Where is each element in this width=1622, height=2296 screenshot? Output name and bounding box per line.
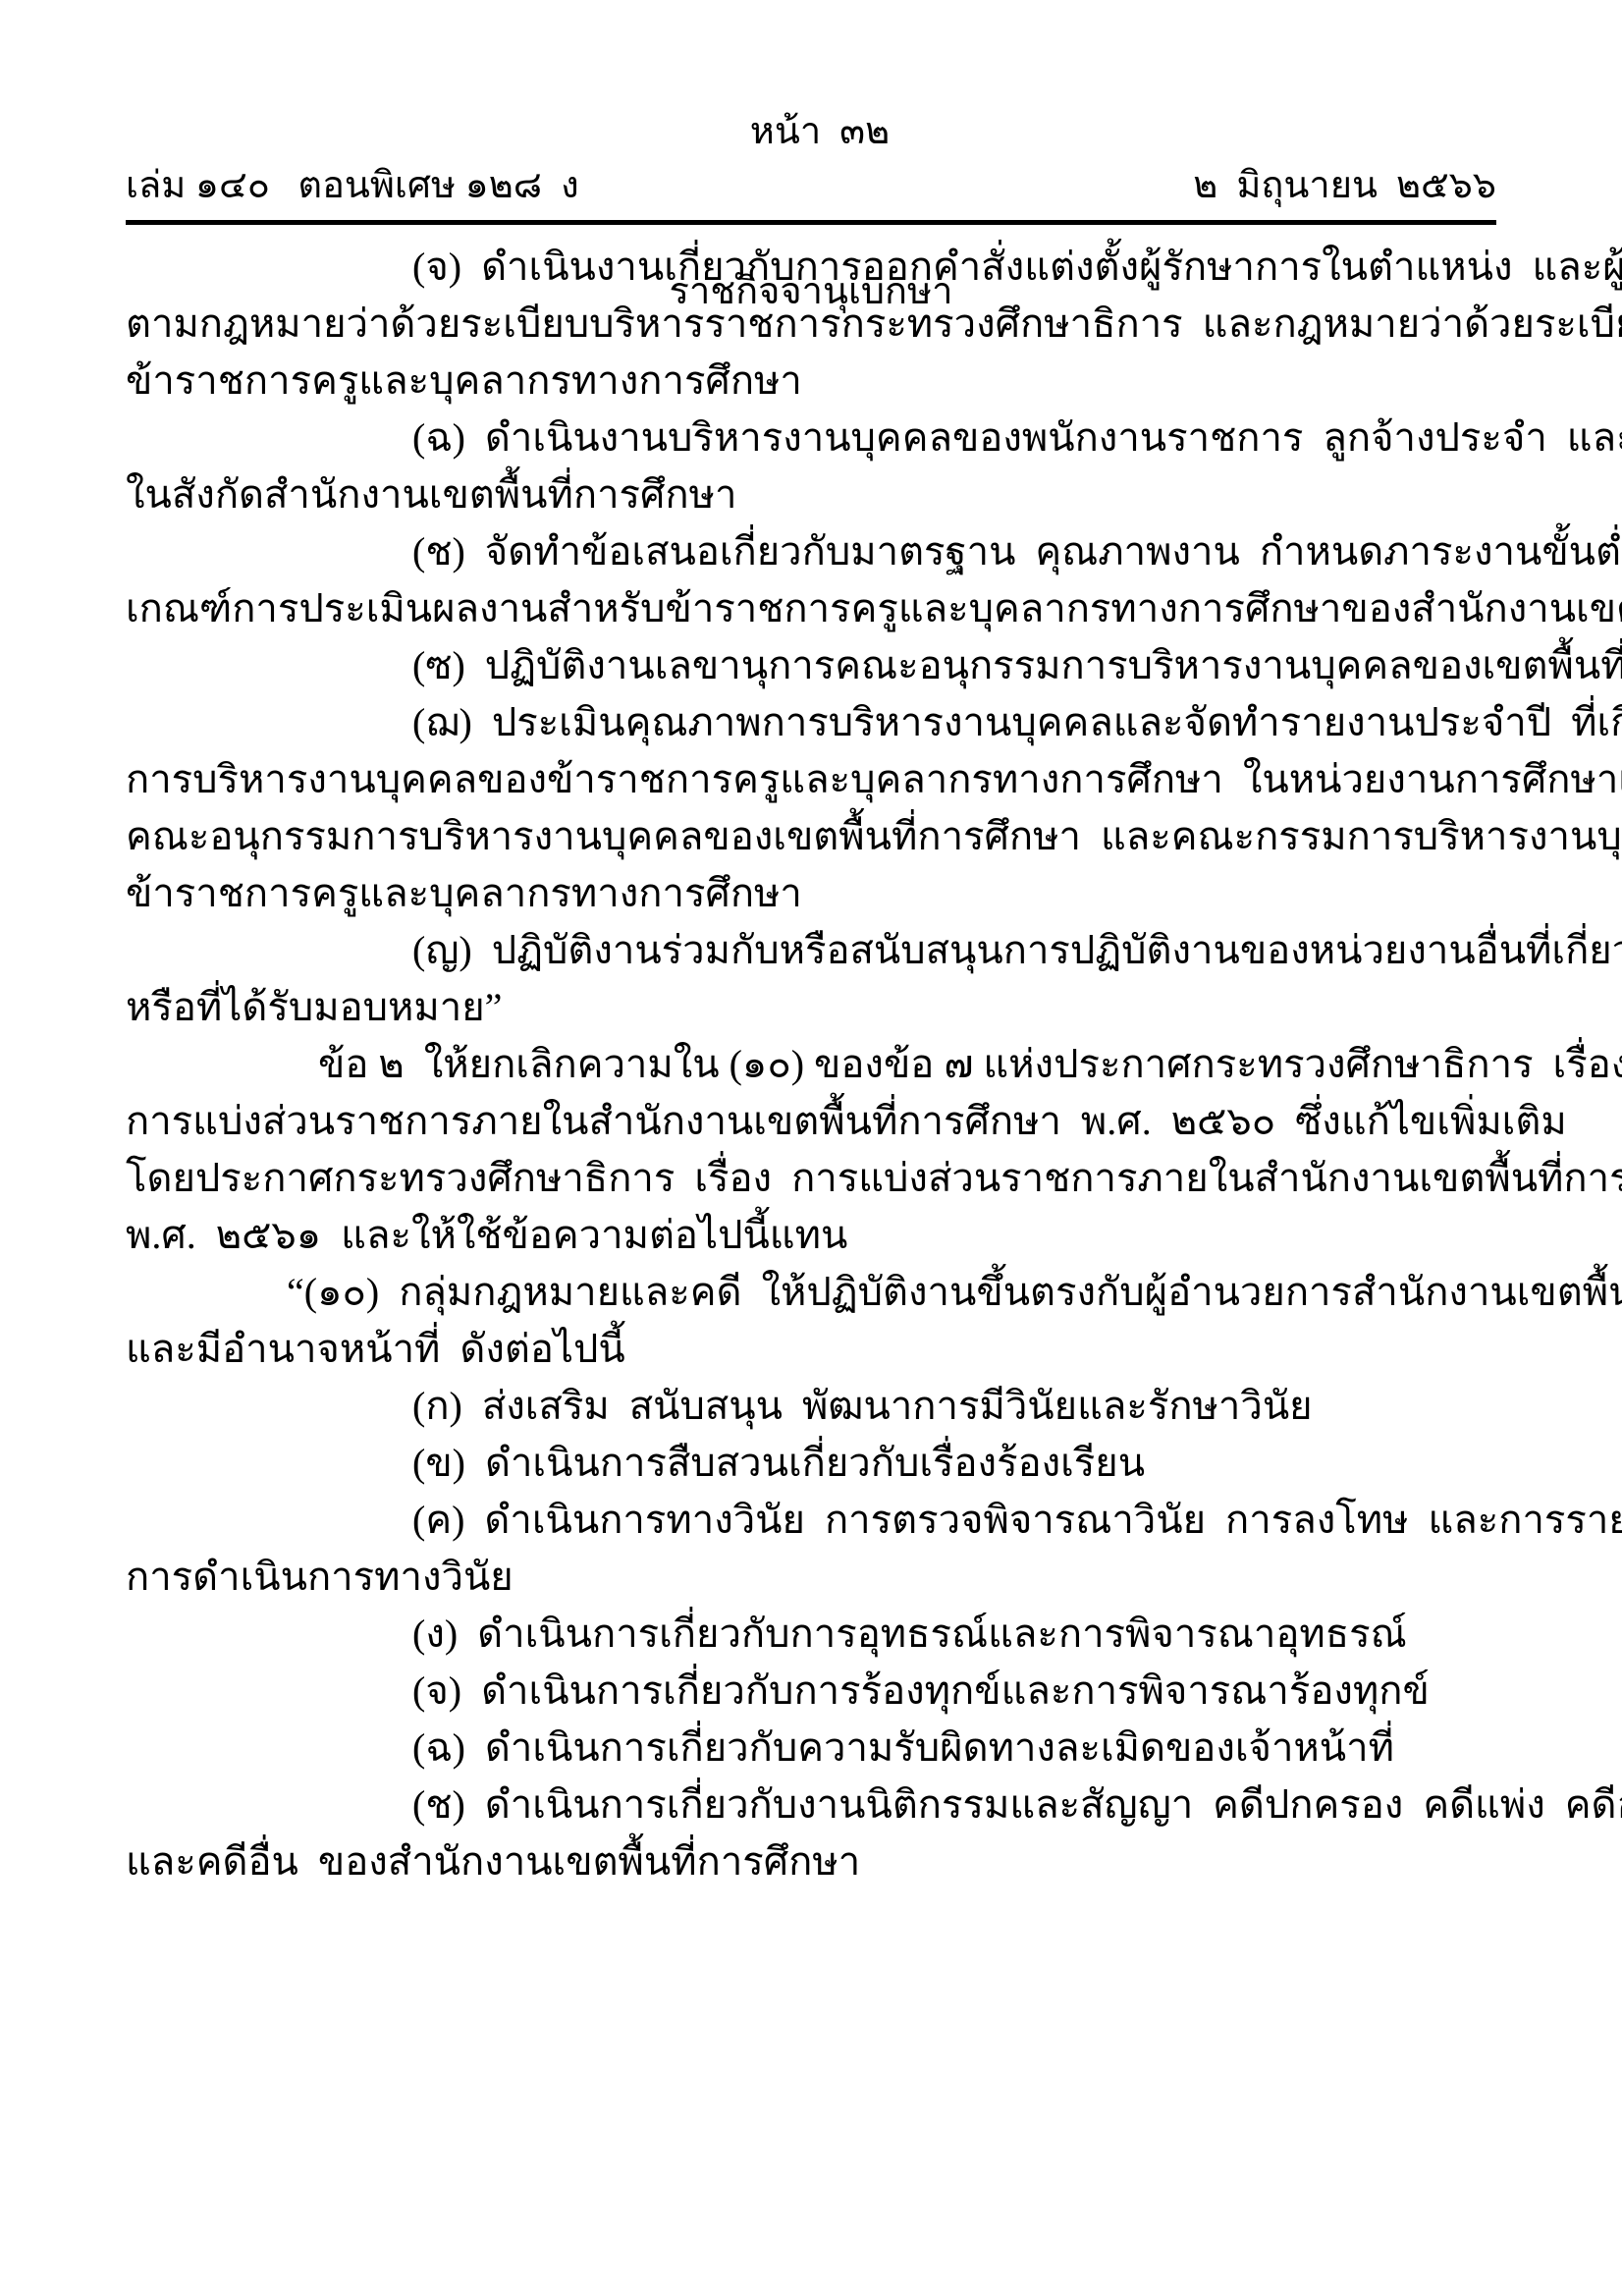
text-line: “(๑๐) กลุ่มกฎหมายและคดี ให้ปฏิบัติงานขึ้…	[126, 1264, 1496, 1321]
gazette-header: หน้า ๓๒ เล่ม ๑๔๐ ตอนพิเศษ ๑๒๘ ง ราชกิจจา…	[126, 0, 1496, 225]
text-line: (ค) ดำเนินการทางวินัย การตรวจพิจารณาวินั…	[126, 1492, 1496, 1549]
text-line: (ซ) ปฏิบัติงานเลขานุการคณะอนุกรรมการบริห…	[126, 637, 1496, 694]
text-line: (ฉ) ดำเนินการเกี่ยวกับความรับผิดทางละเมิ…	[126, 1720, 1496, 1777]
gazette-page: หน้า ๓๒ เล่ม ๑๔๐ ตอนพิเศษ ๑๒๘ ง ราชกิจจา…	[0, 0, 1622, 2296]
text-line: และคดีอื่น ของสำนักงานเขตพื้นที่การศึกษา	[126, 1833, 1496, 1890]
text-line: คณะอนุกรรมการบริหารงานบุคคลของเขตพื้นที่…	[126, 808, 1496, 865]
publication-date: ๒ มิถุนายน ๒๕๖๖	[1193, 159, 1496, 212]
text-line: (ช) จัดทำข้อเสนอเกี่ยวกับมาตรฐาน คุณภาพง…	[126, 523, 1496, 580]
text-line: (ฉ) ดำเนินงานบริหารงานบุคคลของพนักงานราช…	[126, 410, 1496, 466]
text-line: และมีอำนาจหน้าที่ ดังต่อไปนี้	[126, 1321, 1496, 1378]
text-line: หรือที่ได้รับมอบหมาย”	[126, 979, 1496, 1036]
text-line: การแบ่งส่วนราชการภายในสำนักงานเขตพื้นที่…	[126, 1093, 1496, 1150]
text-line: ข้อ ๒ ให้ยกเลิกความใน (๑๐) ของข้อ ๗ แห่ง…	[126, 1036, 1496, 1093]
masthead-row: เล่ม ๑๔๐ ตอนพิเศษ ๑๒๘ ง ราชกิจจานุเบกษา …	[126, 159, 1496, 212]
text-line: การดำเนินการทางวินัย	[126, 1549, 1496, 1606]
text-line: พ.ศ. ๒๕๖๑ และให้ใช้ข้อความต่อไปนี้แทน	[126, 1207, 1496, 1264]
text-line: โดยประกาศกระทรวงศึกษาธิการ เรื่อง การแบ่…	[126, 1150, 1496, 1207]
volume-section-label: เล่ม ๑๔๐ ตอนพิเศษ ๑๒๘ ง	[126, 159, 579, 212]
text-line: (ฌ) ประเมินคุณภาพการบริหารงานบุคคลและจัด…	[126, 694, 1496, 751]
header-divider-rule	[126, 220, 1496, 225]
gazette-title: ราชกิจจานุเบกษา	[126, 265, 1496, 318]
text-line: (ช) ดำเนินการเกี่ยวกับงานนิติกรรมและสัญญ…	[126, 1777, 1496, 1833]
text-line: เกณฑ์การประเมินผลงานสำหรับข้าราชการครูแล…	[126, 580, 1496, 637]
text-line: ข้าราชการครูและบุคลากรทางการศึกษา	[126, 353, 1496, 410]
text-line: ในสังกัดสำนักงานเขตพื้นที่การศึกษา	[126, 466, 1496, 523]
text-line: การบริหารงานบุคคลของข้าราชการครูและบุคลา…	[126, 751, 1496, 808]
text-line: ข้าราชการครูและบุคลากรทางการศึกษา	[126, 865, 1496, 922]
document-body: (จ) ดำเนินงานเกี่ยวกับการออกคำสั่งแต่งตั…	[126, 239, 1496, 1890]
page-number: หน้า ๓๒	[143, 106, 1496, 157]
text-line: (ก) ส่งเสริม สนับสนุน พัฒนาการมีวินัยและ…	[126, 1378, 1496, 1435]
text-line: (ข) ดำเนินการสืบสวนเกี่ยวกับเรื่องร้องเร…	[126, 1435, 1496, 1492]
text-line: (ญ) ปฏิบัติงานร่วมกับหรือสนับสนุนการปฏิบ…	[126, 922, 1496, 979]
text-line: (จ) ดำเนินการเกี่ยวกับการร้องทุกข์และการ…	[126, 1663, 1496, 1720]
text-line: (ง) ดำเนินการเกี่ยวกับการอุทธรณ์และการพิ…	[126, 1606, 1496, 1663]
